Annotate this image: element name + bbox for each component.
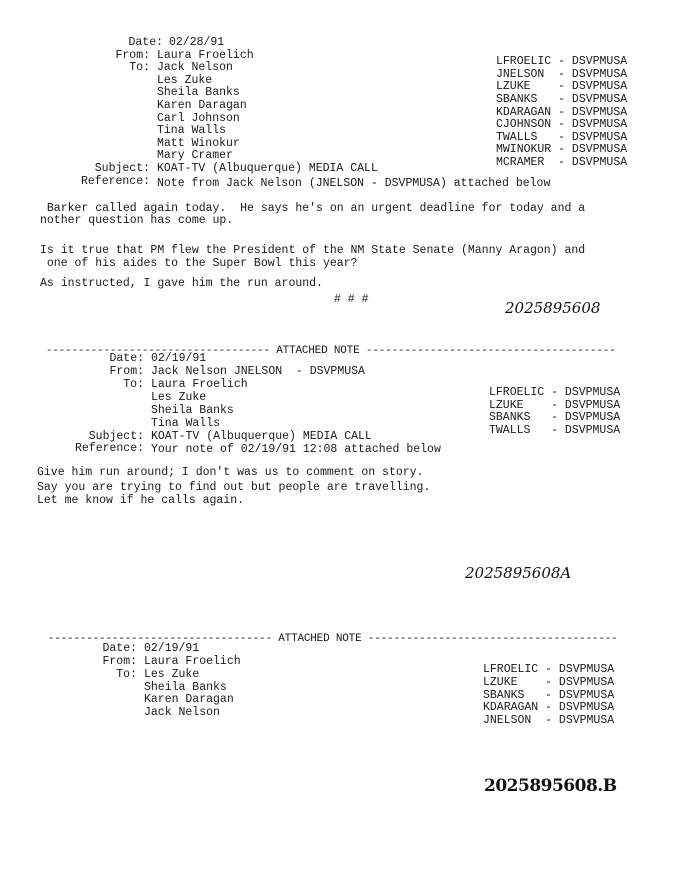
body-line: Let me know if he calls again. — [37, 495, 244, 508]
to-label: To: — [60, 669, 137, 682]
bates-number: 2025895608 — [505, 302, 600, 315]
address: MWINOKUR - DSVPMUSA — [496, 144, 627, 157]
address: SBANKS - DSVPMUSA — [496, 94, 627, 107]
bates-stamp: 2025895608.B — [484, 780, 617, 793]
address: TWALLS - DSVPMUSA — [489, 425, 620, 438]
reference-value: Note from Jack Nelson (JNELSON - DSVPMUS… — [157, 178, 550, 191]
body-line: Is it true that PM flew the President of… — [40, 245, 585, 258]
body-line: As instructed, I gave him the run around… — [40, 278, 323, 291]
from-value: Laura Froelich — [144, 656, 241, 669]
attached-note-label: ATTACHED NOTE — [278, 633, 361, 645]
reference-value: Your note of 02/19/91 12:08 attached bel… — [151, 444, 441, 457]
from-value: Jack Nelson JNELSON - DSVPMUSA — [151, 366, 365, 379]
reference-label: Reference: — [40, 176, 150, 189]
recipient: Sheila Banks — [157, 87, 240, 100]
recipient: Sheila Banks — [151, 405, 234, 418]
recipient: Tina Walls — [157, 125, 226, 138]
recipient: Karen Daragan — [157, 100, 247, 113]
address: CJOHNSON - DSVPMUSA — [496, 119, 627, 132]
address: LFROELIC - DSVPMUSA — [489, 387, 620, 400]
date-value: 02/19/91 — [151, 353, 206, 366]
recipient: Karen Daragan — [144, 694, 234, 707]
recipient: Les Zuke — [151, 392, 206, 405]
dash-rule: --------------------------------------- — [366, 345, 616, 357]
body-line: Say you are trying to find out but peopl… — [37, 482, 430, 495]
recipient: Les Zuke — [144, 669, 199, 682]
to-label: To: — [60, 62, 150, 75]
body-line: Give him run around; I don't was us to c… — [37, 467, 423, 480]
date-value: 02/19/91 — [144, 643, 199, 656]
date-value: 02/28/91 — [169, 37, 224, 50]
end-mark: # # # — [334, 294, 369, 307]
recipient: Jack Nelson — [157, 62, 233, 75]
from-label: From: — [60, 366, 144, 379]
address: LFROELIC - DSVPMUSA — [483, 664, 614, 677]
address: KDARAGAN - DSVPMUSA — [483, 702, 614, 715]
address: SBANKS - DSVPMUSA — [489, 412, 620, 425]
address: JNELSON - DSVPMUSA — [483, 715, 614, 728]
date-label: Date: — [60, 643, 137, 656]
attached-note-label: ATTACHED NOTE — [276, 345, 359, 357]
bates-number: 2025895608A — [465, 567, 571, 580]
address: LZUKE - DSVPMUSA — [496, 81, 627, 94]
recipient: Jack Nelson — [144, 707, 220, 720]
subject-value: KOAT-TV (Albuquerque) MEDIA CALL — [151, 431, 372, 444]
from-label: From: — [60, 656, 137, 669]
reference-label: Reference: — [40, 443, 144, 456]
recipient: Laura Froelich — [151, 379, 248, 392]
address: LFROELIC - DSVPMUSA — [496, 56, 627, 69]
date-label: Date: — [60, 353, 144, 366]
address: MCRAMER - DSVPMUSA — [496, 157, 627, 170]
to-label: To: — [60, 379, 144, 392]
subject-label: Subject: — [40, 163, 150, 176]
subject-value: KOAT-TV (Albuquerque) MEDIA CALL — [157, 163, 378, 176]
address: LZUKE - DSVPMUSA — [483, 677, 614, 690]
body-line: nother question has come up. — [40, 215, 233, 228]
recipient: Tina Walls — [151, 418, 220, 431]
recipient: Mary Cramer — [157, 150, 233, 163]
dash-rule: --------------------------------------- — [368, 633, 618, 645]
body-line: one of his aides to the Super Bowl this … — [40, 258, 357, 271]
date-label: Date: — [60, 37, 163, 50]
